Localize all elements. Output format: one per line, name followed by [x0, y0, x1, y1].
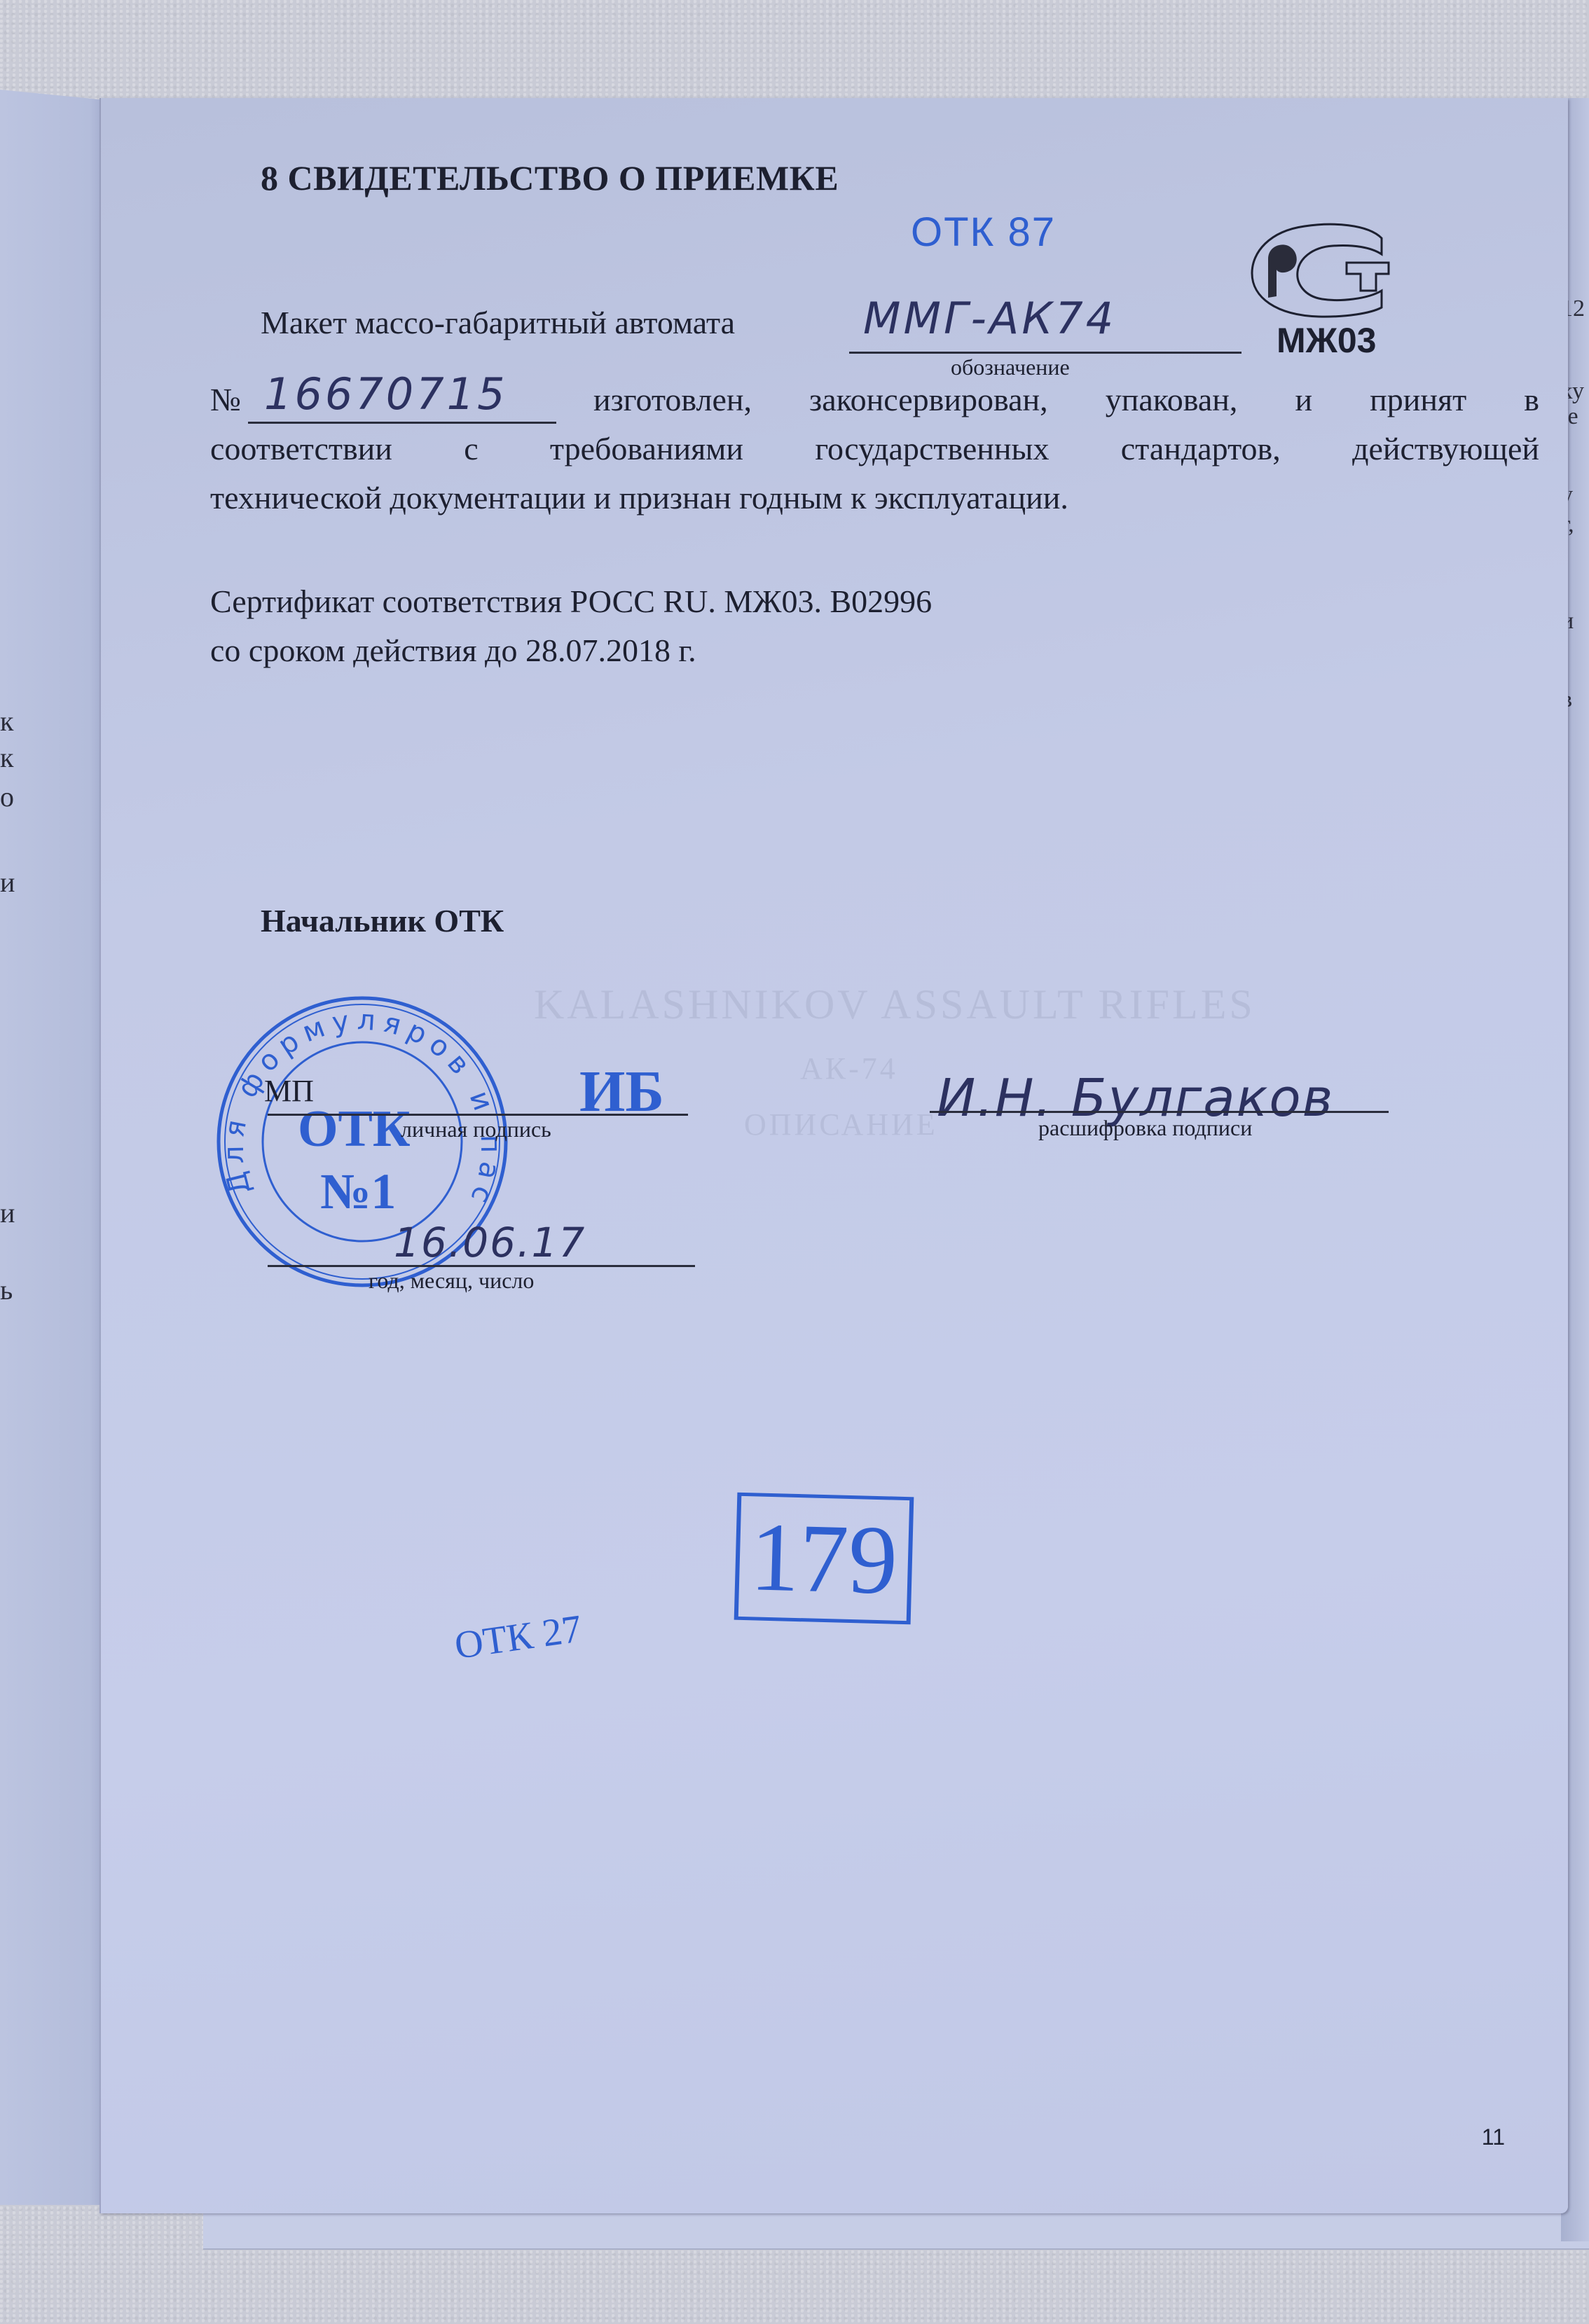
- number-sign: №: [210, 381, 241, 418]
- acceptance-text-line: изготовлен, законсервирован, упакован, и…: [593, 381, 1539, 418]
- certificate-validity: со сроком действия до 28.07.2018 г.: [210, 632, 696, 669]
- decoding-underline: [930, 1111, 1389, 1113]
- product-label: Макет массо-габаритный автомата: [261, 304, 735, 341]
- underlying-sheet: [203, 2213, 1589, 2250]
- serial-underline: [248, 422, 556, 424]
- previous-page-edge: к к о и и ь: [0, 90, 99, 2205]
- certificate-number: Сертификат соответствия РОСС RU. МЖ03. B…: [210, 583, 932, 620]
- rst-logo-icon: [1248, 221, 1417, 319]
- certification-code: МЖ03: [1277, 320, 1376, 361]
- acceptance-text-line: технической документации и признан годны…: [210, 479, 1068, 516]
- boxed-number-stamp: 179: [734, 1493, 914, 1625]
- page-fragment: к: [0, 705, 13, 738]
- page-fragment: ь: [0, 1273, 13, 1306]
- seal-center-number: №1: [320, 1163, 396, 1221]
- acceptance-text-line: соответствии с требованиями государствен…: [210, 430, 1539, 467]
- designation-underline: [849, 352, 1241, 354]
- page-fragment: к: [0, 741, 13, 774]
- page-number: 11: [1482, 2124, 1505, 2150]
- certificate-page: KALASHNIKOV ASSAULT RIFLES АК-74 ОПИСАНИ…: [99, 98, 1568, 2213]
- page-fold: [99, 98, 101, 2213]
- designation-caption: обозначение: [951, 354, 1070, 380]
- show-through-text: ОПИСАНИЕ: [744, 1107, 938, 1142]
- page-fragment: и: [0, 866, 15, 899]
- otk-87-stamp: ОТК 87: [911, 209, 1056, 256]
- initials-stamp: ИБ: [579, 1058, 664, 1126]
- product-designation-handwritten: ММГ-АК74: [863, 293, 1116, 344]
- otk-27-stamp: ОТК 27: [452, 1606, 584, 1668]
- date-caption: год, месяц, число: [369, 1268, 534, 1294]
- page-fragment: и: [0, 1196, 15, 1229]
- page-fragment: о: [0, 780, 14, 813]
- signatory-title: Начальник ОТК: [261, 902, 504, 939]
- rst-certification-mark: МЖ03: [1248, 221, 1417, 361]
- section-heading: 8 СВИДЕТЕЛЬСТВО О ПРИЕМКЕ: [261, 158, 839, 198]
- signature-caption: личная подпись: [401, 1116, 551, 1142]
- show-through-text: KALASHNIKOV ASSAULT RIFLES: [534, 981, 1256, 1029]
- date-handwritten: 16.06.17: [394, 1219, 586, 1266]
- date-underline: [268, 1265, 695, 1267]
- signature-decoding-caption: расшифровка подписи: [1038, 1115, 1252, 1141]
- seal-place-label: МП: [264, 1073, 314, 1109]
- show-through-text: АК-74: [800, 1051, 898, 1086]
- seal-center-otk: ОТК: [298, 1100, 411, 1159]
- serial-number-handwritten: 16670715: [264, 368, 508, 420]
